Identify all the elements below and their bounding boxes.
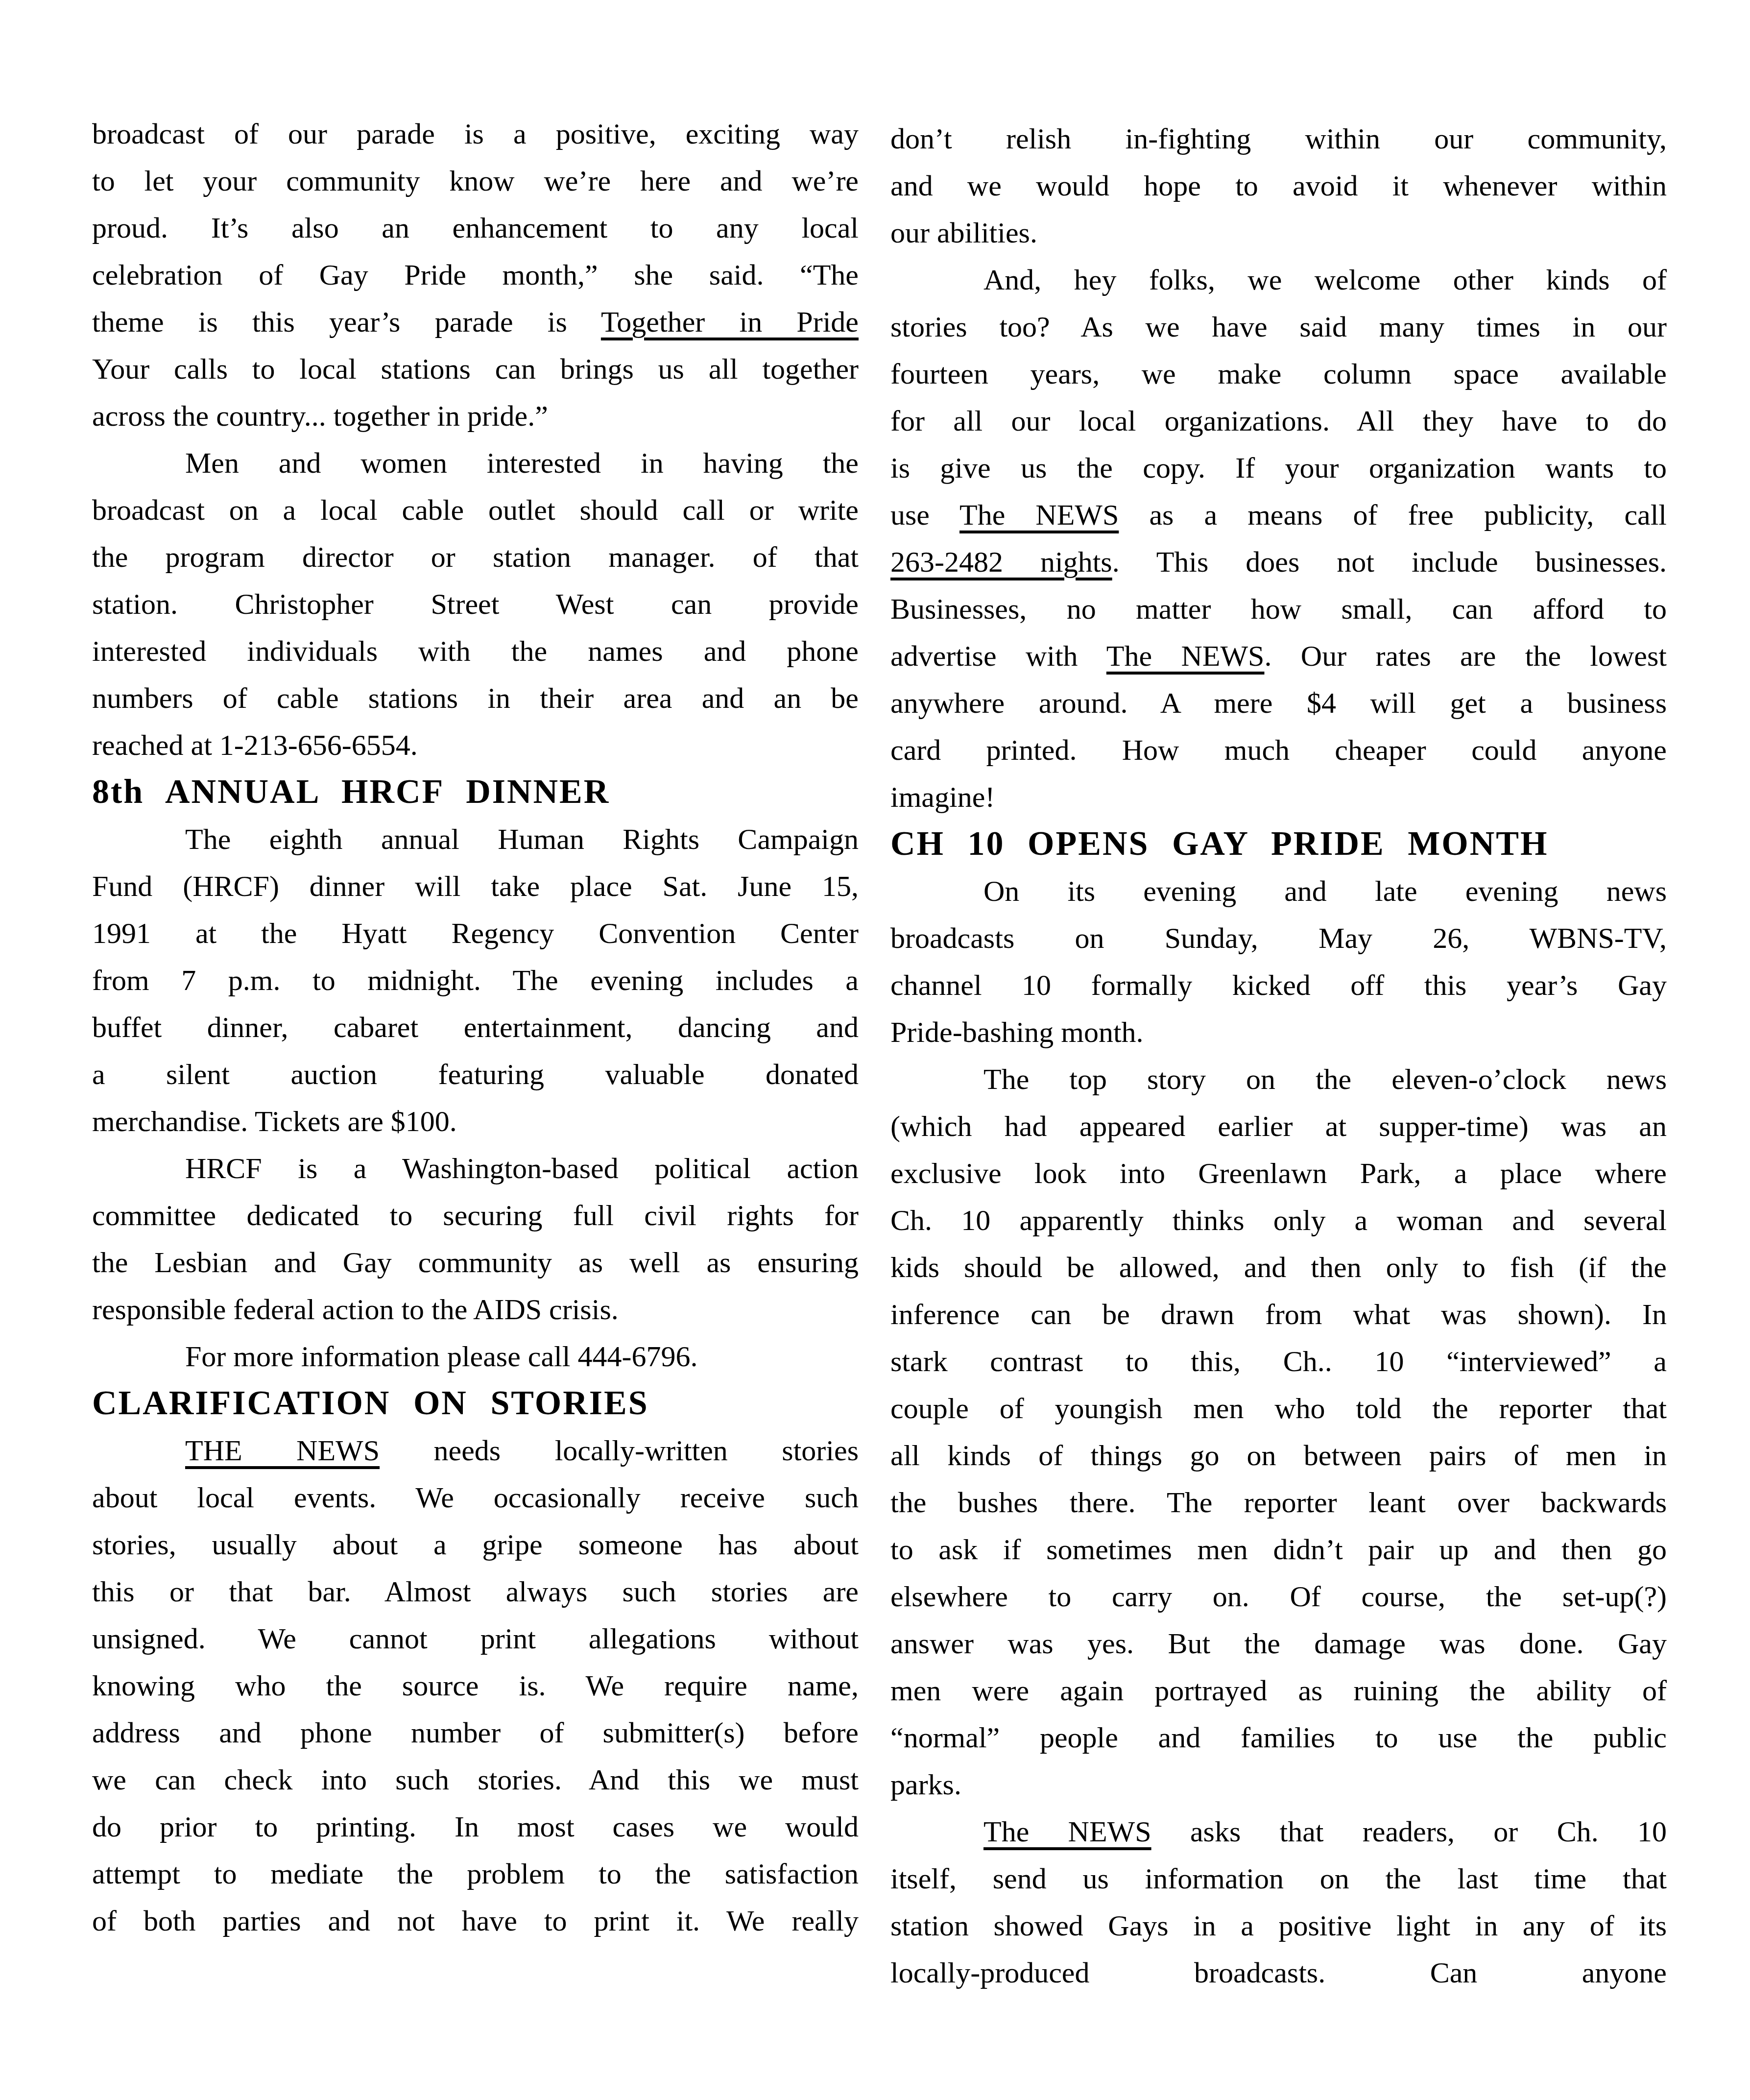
text-line: For more information please call 444-679… xyxy=(92,1333,859,1380)
text-line: On its evening and late evening news xyxy=(890,868,1667,915)
section-heading-ch10-gay-pride-month: CH 10 OPENS GAY PRIDE MONTH xyxy=(890,821,1667,868)
text-line: is give us the copy. If your organizatio… xyxy=(890,444,1667,491)
text-line: responsible federal action to the AIDS c… xyxy=(92,1286,859,1333)
text-line: we can check into such stories. And this… xyxy=(92,1756,859,1803)
text-line: Fund (HRCF) dinner will take place Sat. … xyxy=(92,863,859,910)
text-line: Businesses, no matter how small, can aff… xyxy=(890,585,1667,632)
text-line: couple of youngish men who told the repo… xyxy=(890,1385,1667,1432)
text-line: buffet dinner, cabaret entertainment, da… xyxy=(92,1004,859,1051)
text-line: locally-produced broadcasts. Can anyone xyxy=(890,1949,1667,1996)
text-line: imagine! xyxy=(890,773,1667,821)
text-line: fourteen years, we make column space ava… xyxy=(890,350,1667,397)
text-line: to let your community know we’re here an… xyxy=(92,157,859,204)
text-line: use The NEWS as a means of free publicit… xyxy=(890,491,1667,538)
text-line: advertise with The NEWS. Our rates are t… xyxy=(890,632,1667,679)
text-line: channel 10 formally kicked off this year… xyxy=(890,962,1667,1009)
paragraph-wbns-kickoff: On its evening and late evening newsbroa… xyxy=(890,868,1667,1056)
text-line: THE NEWS needs locally-written stories xyxy=(92,1427,859,1474)
text-line: And, hey folks, we welcome other kinds o… xyxy=(890,256,1667,303)
text-line: from 7 p.m. to midnight. The evening inc… xyxy=(92,957,859,1004)
text-line: proud. It’s also an enhancement to any l… xyxy=(92,204,859,251)
text-line: itself, send us information on the last … xyxy=(890,1855,1667,1902)
text-line: broadcasts on Sunday, May 26, WBNS-TV, xyxy=(890,915,1667,962)
text-line: station showed Gays in a positive light … xyxy=(890,1902,1667,1949)
text-line: unsigned. We cannot print allegations wi… xyxy=(92,1615,859,1662)
text-line: for all our local organizations. All the… xyxy=(890,397,1667,444)
text-line: exclusive look into Greenlawn Park, a pl… xyxy=(890,1150,1667,1197)
text-line: celebration of Gay Pride month,” she sai… xyxy=(92,251,859,298)
text-line: inference can be drawn from what was sho… xyxy=(890,1291,1667,1338)
text-line: stories too? As we have said many times … xyxy=(890,303,1667,350)
text-line: our abilities. xyxy=(890,209,1667,256)
paragraph-infighting: don’t relish in-fighting within our comm… xyxy=(890,115,1667,256)
text-line: numbers of cable stations in their area … xyxy=(92,675,859,722)
paragraph-parade-broadcast: broadcast of our parade is a positive, e… xyxy=(92,110,859,439)
text-line: reached at 1-213-656-6554. xyxy=(92,722,859,769)
text-line: a silent auction featuring valuable dona… xyxy=(92,1051,859,1098)
text-line: The top story on the eleven-o’clock news xyxy=(890,1056,1667,1103)
text-line: answer was yes. But the damage was done.… xyxy=(890,1620,1667,1667)
text-line: of both parties and not have to print it… xyxy=(92,1897,859,1944)
text-line: station. Christopher Street West can pro… xyxy=(92,580,859,628)
text-line: broadcast on a local cable outlet should… xyxy=(92,486,859,533)
text-line: The NEWS asks that readers, or Ch. 10 xyxy=(890,1808,1667,1855)
text-line: parks. xyxy=(890,1761,1667,1808)
text-line: merchandise. Tickets are $100. xyxy=(92,1098,859,1145)
text-line: all kinds of things go on between pairs … xyxy=(890,1432,1667,1479)
left-column: broadcast of our parade is a positive, e… xyxy=(92,110,859,1944)
text-line: (which had appeared earlier at supper-ti… xyxy=(890,1103,1667,1150)
text-line: anywhere around. A mere $4 will get a bu… xyxy=(890,679,1667,726)
text-line: don’t relish in-fighting within our comm… xyxy=(890,115,1667,162)
text-line: broadcast of our parade is a positive, e… xyxy=(92,110,859,157)
text-line: and we would hope to avoid it whenever w… xyxy=(890,162,1667,209)
text-line: Your calls to local stations can brings … xyxy=(92,345,859,392)
text-line: Pride-bashing month. xyxy=(890,1009,1667,1056)
text-line: theme is this year’s parade is Together … xyxy=(92,298,859,345)
text-line: the program director or station manager.… xyxy=(92,533,859,580)
section-heading-hrcf-dinner: 8th ANNUAL HRCF DINNER xyxy=(92,769,859,816)
text-line: men were again portrayed as ruining the … xyxy=(890,1667,1667,1714)
text-line: to ask if sometimes men didn’t pair up a… xyxy=(890,1526,1667,1573)
text-line: across the country... together in pride.… xyxy=(92,392,859,439)
paragraph-free-publicity: And, hey folks, we welcome other kinds o… xyxy=(890,256,1667,821)
text-line: 263-2482 nights. This does not include b… xyxy=(890,538,1667,585)
text-line: elsewhere to carry on. Of course, the se… xyxy=(890,1573,1667,1620)
text-line: interested individuals with the names an… xyxy=(92,628,859,675)
paragraph-hrcf-dinner-details: The eighth annual Human Rights CampaignF… xyxy=(92,816,859,1145)
text-line: attempt to mediate the problem to the sa… xyxy=(92,1850,859,1897)
text-line: 1991 at the Hyatt Regency Convention Cen… xyxy=(92,910,859,957)
paragraph-greenlawn-park-story: The top story on the eleven-o’clock news… xyxy=(890,1056,1667,1808)
text-line: do prior to printing. In most cases we w… xyxy=(92,1803,859,1850)
text-line: the bushes there. The reporter leant ove… xyxy=(890,1479,1667,1526)
text-line: this or that bar. Almost always such sto… xyxy=(92,1568,859,1615)
text-line: The eighth annual Human Rights Campaign xyxy=(92,816,859,863)
text-line: Men and women interested in having the xyxy=(92,439,859,486)
paragraph-hrcf-more-info: For more information please call 444-679… xyxy=(92,1333,859,1380)
text-line: knowing who the source is. We require na… xyxy=(92,1662,859,1709)
text-line: card printed. How much cheaper could any… xyxy=(890,726,1667,773)
text-line: stories, usually about a gripe someone h… xyxy=(92,1521,859,1568)
text-line: the Lesbian and Gay community as well as… xyxy=(92,1239,859,1286)
paragraph-hrcf-description: HRCF is a Washington-based political act… xyxy=(92,1145,859,1333)
section-heading-clarification-on-stories: CLARIFICATION ON STORIES xyxy=(92,1380,859,1427)
text-line: committee dedicated to securing full civ… xyxy=(92,1192,859,1239)
newsletter-page: broadcast of our parade is a positive, e… xyxy=(0,0,1750,2100)
paragraph-cable-outlet-contact: Men and women interested in having thebr… xyxy=(92,439,859,769)
text-line: about local events. We occasionally rece… xyxy=(92,1474,859,1521)
paragraph-news-asks-readers: The NEWS asks that readers, or Ch. 10its… xyxy=(890,1808,1667,1996)
text-line: Ch. 10 apparently thinks only a woman an… xyxy=(890,1197,1667,1244)
text-line: kids should be allowed, and then only to… xyxy=(890,1244,1667,1291)
text-line: address and phone number of submitter(s)… xyxy=(92,1709,859,1756)
text-line: stark contrast to this, Ch.. 10 “intervi… xyxy=(890,1338,1667,1385)
text-line: “normal” people and families to use the … xyxy=(890,1714,1667,1761)
right-column: don’t relish in-fighting within our comm… xyxy=(890,115,1667,1996)
paragraph-story-policy: THE NEWS needs locally-written storiesab… xyxy=(92,1427,859,1944)
text-line: HRCF is a Washington-based political act… xyxy=(92,1145,859,1192)
